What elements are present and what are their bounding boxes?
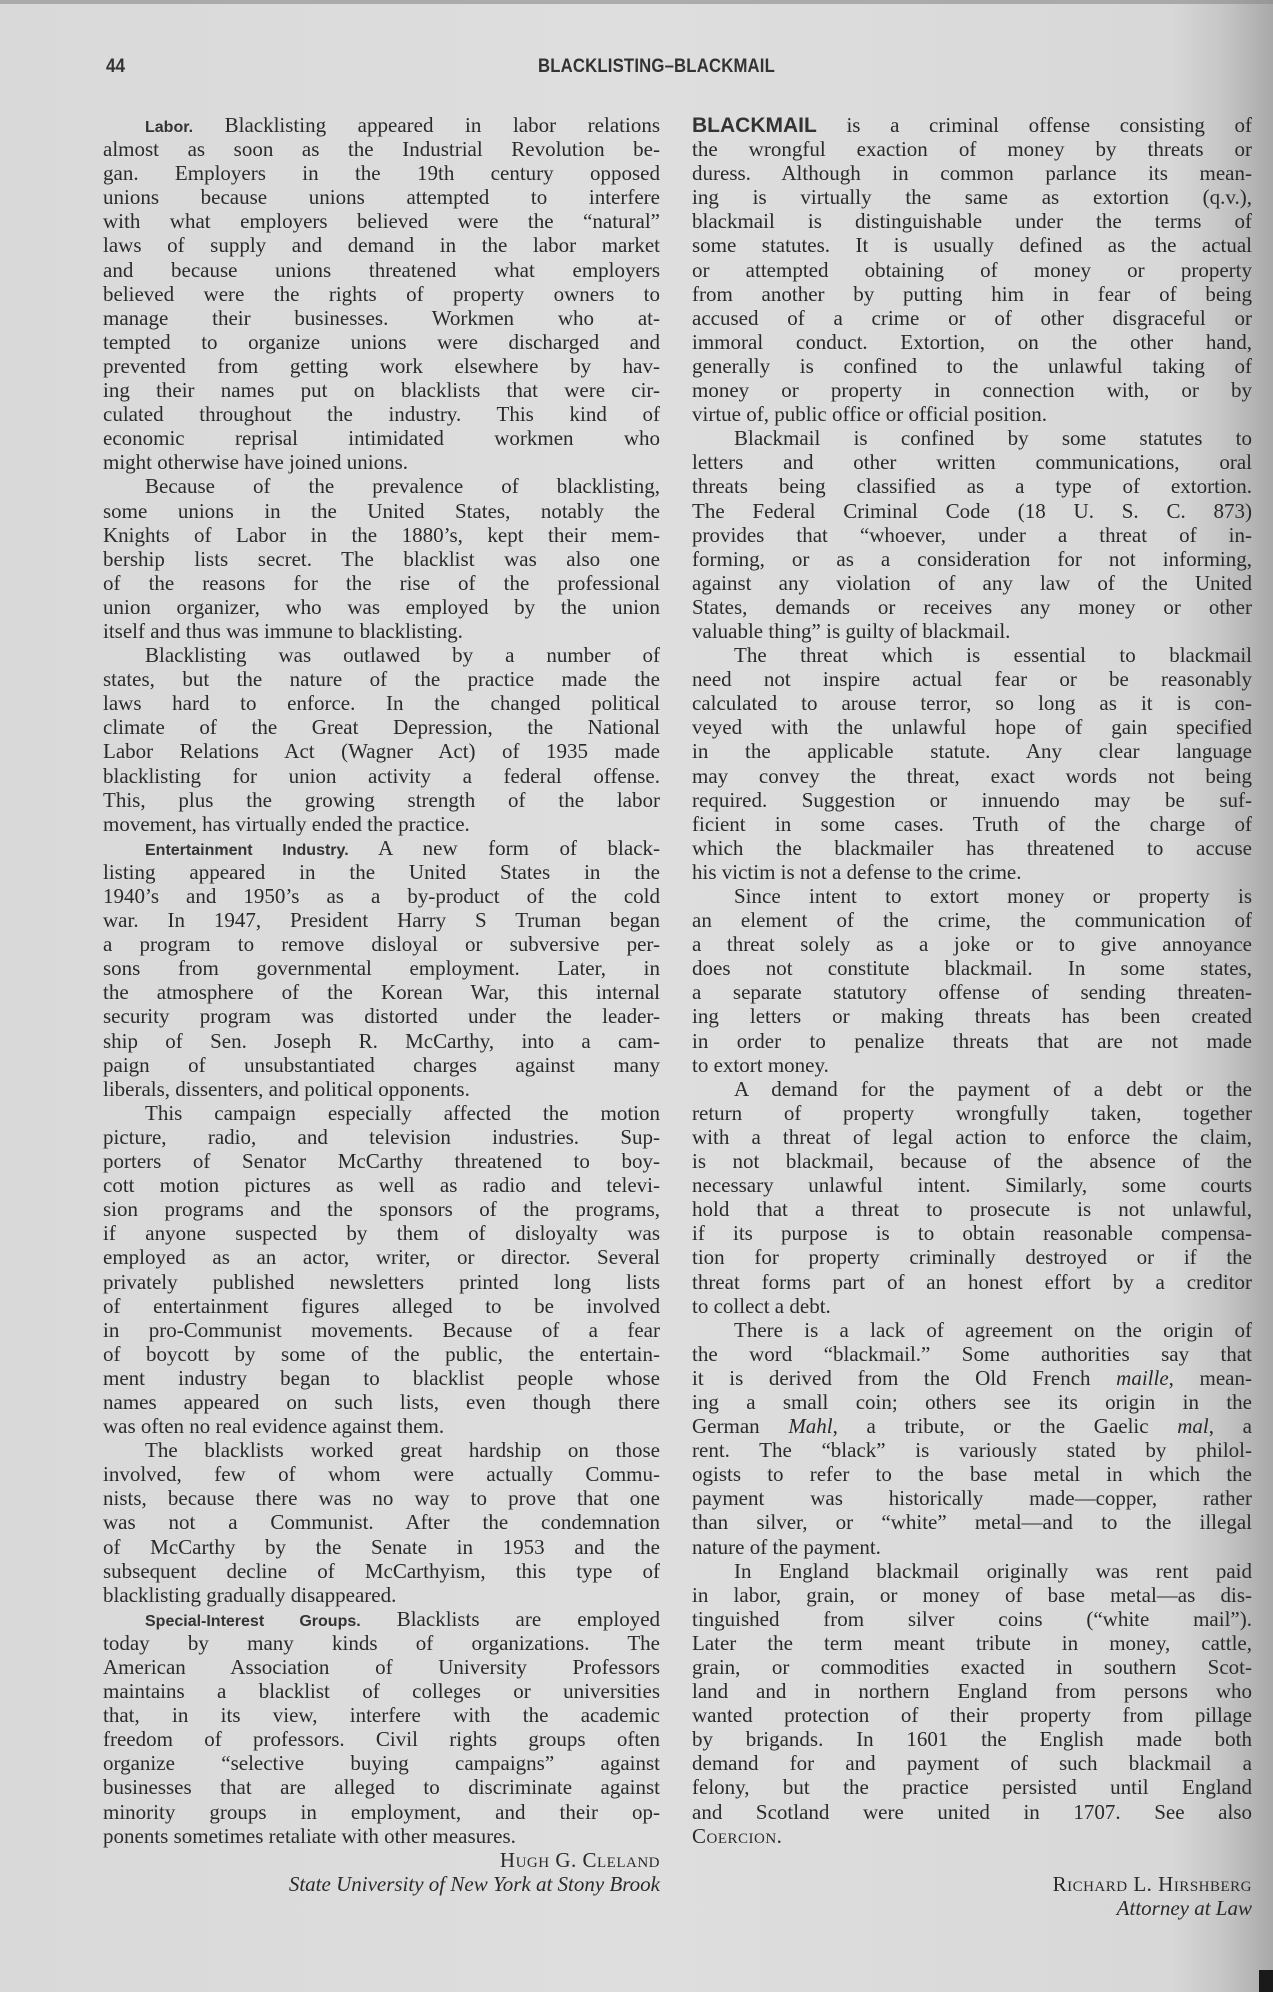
text-line: This campaign especially affected the mo…	[103, 1101, 660, 1125]
text-line: in the applicable statute. Any clear lan…	[692, 739, 1252, 763]
text-line: demand for and payment of such blackmail…	[692, 1751, 1252, 1775]
text-line: Special-Interest Groups. Blacklists are …	[103, 1607, 660, 1631]
text-line: sons from governmental employment. Later…	[103, 956, 660, 980]
text-line: immoral conduct. Extortion, on the other…	[692, 330, 1252, 354]
text-line: required. Suggestion or innuendo may be …	[692, 788, 1252, 812]
text-line: prevented from getting work elsewhere by…	[103, 354, 660, 378]
text-line: return of property wrongfully taken, tog…	[692, 1101, 1252, 1125]
text-line: felony, but the practice persisted until…	[692, 1775, 1252, 1799]
text-line: land and in northern England from person…	[692, 1679, 1252, 1703]
text-line: some statutes. It is usually defined as …	[692, 233, 1252, 257]
text-line: ing is virtually the same as extortion (…	[692, 185, 1252, 209]
text-line: by brigands. In 1601 the English made bo…	[692, 1727, 1252, 1751]
text-line: liberals, dissenters, and political oppo…	[103, 1077, 660, 1101]
text-line: ficient in some cases. Truth of the char…	[692, 812, 1252, 836]
text-line: The blacklists worked great hardship on …	[103, 1438, 660, 1462]
text-line: porters of Senator McCarthy threatened t…	[103, 1149, 660, 1173]
text-line: money or property in connection with, or…	[692, 378, 1252, 402]
text-line: BLACKMAIL is a criminal offense consisti…	[692, 113, 1252, 137]
text-line: blacklisting gradually disappeared.	[103, 1583, 660, 1607]
text-line: names appeared on such lists, even thoug…	[103, 1390, 660, 1414]
text-line: laws hard to enforce. In the changed pol…	[103, 691, 660, 715]
text-line: virtue of, public office or official pos…	[692, 402, 1252, 426]
text-line: generally is confined to the unlawful ta…	[692, 354, 1252, 378]
text-line: gan. Employers in the 19th century oppos…	[103, 161, 660, 185]
text-line: ing a small coin; others see its origin …	[692, 1390, 1252, 1414]
text-line: The Federal Criminal Code (18 U. S. C. 8…	[692, 499, 1252, 523]
text-line: In England blackmail originally was rent…	[692, 1559, 1252, 1583]
text-line: veyed with the unlawful hope of gain spe…	[692, 715, 1252, 739]
text-line: and because unions threatened what emplo…	[103, 258, 660, 282]
text-line: of entertainment figures alleged to be i…	[103, 1294, 660, 1318]
text-line: of the reasons for the rise of the profe…	[103, 571, 660, 595]
author-affiliation: State University of New York at Stony Br…	[103, 1872, 660, 1896]
text-line: economic reprisal intimidated workmen wh…	[103, 426, 660, 450]
scan-corner-artifact	[1259, 1970, 1273, 1992]
text-line: from another by putting him in fear of b…	[692, 282, 1252, 306]
author-name: Richard L. Hirshberg	[692, 1872, 1252, 1896]
text-line: rent. The “black” is variously stated by…	[692, 1438, 1252, 1462]
text-line: ponents sometimes retaliate with other m…	[103, 1824, 660, 1848]
text-line: hold that a threat to prosecute is not u…	[692, 1197, 1252, 1221]
text-line: which the blackmailer has threatened to …	[692, 836, 1252, 860]
text-line: calculated to arouse terror, so long as …	[692, 691, 1252, 715]
text-line: with what employers believed were the “n…	[103, 209, 660, 233]
text-line: privately published newsletters printed …	[103, 1270, 660, 1294]
text-line: his victim is not a defense to the crime…	[692, 860, 1252, 884]
page-top-edge	[0, 0, 1273, 4]
text-line: is not blackmail, because of the absence…	[692, 1149, 1252, 1173]
text-line: Knights of Labor in the 1880’s, kept the…	[103, 523, 660, 547]
text-line: in pro-Communist movements. Because of a…	[103, 1318, 660, 1342]
text-line: itself and thus was immune to blacklisti…	[103, 619, 660, 643]
text-line: against any violation of any law of the …	[692, 571, 1252, 595]
text-line: believed were the rights of property own…	[103, 282, 660, 306]
text-line: minority groups in employment, and their…	[103, 1800, 660, 1824]
text-line: some unions in the United States, notabl…	[103, 499, 660, 523]
text-line: employed as an actor, writer, or directo…	[103, 1245, 660, 1269]
text-line: This, plus the growing strength of the l…	[103, 788, 660, 812]
text-line: Coercion.	[692, 1824, 1252, 1848]
text-line: duress. Although in common parlance its …	[692, 161, 1252, 185]
text-line: paign of unsubstantiated charges against…	[103, 1053, 660, 1077]
text-line: ship of Sen. Joseph R. McCarthy, into a …	[103, 1029, 660, 1053]
text-line: and Scotland were united in 1707. See al…	[692, 1800, 1252, 1824]
text-line: blacklisting for union activity a federa…	[103, 764, 660, 788]
text-line: the atmosphere of the Korean War, this i…	[103, 980, 660, 1004]
text-line: today by many kinds of organizations. Th…	[103, 1631, 660, 1655]
text-line: tion for property criminally destroyed o…	[692, 1245, 1252, 1269]
run-in-heading-special-interest: Special-Interest Groups.	[145, 1613, 361, 1630]
text-line: a separate statutory offense of sending …	[692, 980, 1252, 1004]
text-line: tempted to organize unions were discharg…	[103, 330, 660, 354]
text-line: the word “blackmail.” Some authorities s…	[692, 1342, 1252, 1366]
text-line: of boycott by some of the public, the en…	[103, 1342, 660, 1366]
cross-reference-link[interactable]: Coercion	[692, 1824, 777, 1848]
text-line: letters and other written communications…	[692, 450, 1252, 474]
text-line: was not a Communist. After the condemnat…	[103, 1510, 660, 1534]
text-line: States, demands or receives any money or…	[692, 595, 1252, 619]
text-line: in order to penalize threats that are no…	[692, 1029, 1252, 1053]
text-line: wanted protection of their property from…	[692, 1703, 1252, 1727]
text-line: if its purpose is to obtain reasonable c…	[692, 1221, 1252, 1245]
text-line: movement, has virtually ended the practi…	[103, 812, 660, 836]
text-line: blackmail is distinguishable under the t…	[692, 209, 1252, 233]
text-line: was often no real evidence against them.	[103, 1414, 660, 1438]
text-line: bership lists secret. The blacklist was …	[103, 547, 660, 571]
text-line: Blackmail is confined by some statutes t…	[692, 426, 1252, 450]
text-line: provides that “whoever, under a threat o…	[692, 523, 1252, 547]
text-line: ogists to refer to the base metal in whi…	[692, 1462, 1252, 1486]
run-in-heading-labor: Labor.	[145, 119, 193, 136]
text-line: in labor, grain, or money of base metal—…	[692, 1583, 1252, 1607]
text-line: may convey the threat, exact words not b…	[692, 764, 1252, 788]
text-line: maintains a blacklist of colleges or uni…	[103, 1679, 660, 1703]
text-line: an element of the crime, the communicati…	[692, 908, 1252, 932]
text-line: grain, or commodities exacted in souther…	[692, 1655, 1252, 1679]
entry-headword: BLACKMAIL	[692, 114, 817, 137]
text-line: might otherwise have joined unions.	[103, 450, 660, 474]
scanned-page: 44 BLACKLISTING–BLACKMAIL Labor. Blackli…	[0, 0, 1273, 1992]
author-name: Hugh G. Cleland	[103, 1848, 660, 1872]
text-line: necessary unlawful intent. Similarly, so…	[692, 1173, 1252, 1197]
text-line: union organizer, who was employed by the…	[103, 595, 660, 619]
text-line: than silver, or “white” metal—and to the…	[692, 1510, 1252, 1534]
text-line: Labor Relations Act (Wagner Act) of 1935…	[103, 739, 660, 763]
text-line: Since intent to extort money or property…	[692, 884, 1252, 908]
text-line: picture, radio, and television industrie…	[103, 1125, 660, 1149]
text-line: with a threat of legal action to enforce…	[692, 1125, 1252, 1149]
foreign-term: Mahl	[788, 1414, 832, 1438]
text-line: if anyone suspected by them of disloyalt…	[103, 1221, 660, 1245]
section-labor: Labor. Blacklisting appeared in labor re…	[103, 113, 660, 836]
text-line: 1940’s and 1950’s as a by-product of the…	[103, 884, 660, 908]
page-number: 44	[106, 56, 125, 78]
text-line: Because of the prevalence of blacklistin…	[103, 474, 660, 498]
text-line: Entertainment Industry. A new form of bl…	[103, 836, 660, 860]
text-line: to collect a debt.	[692, 1294, 1252, 1318]
run-in-heading-entertainment: Entertainment Industry.	[145, 842, 349, 859]
text-line: does not constitute blackmail. In some s…	[692, 956, 1252, 980]
section-entertainment-industry: Entertainment Industry. A new form of bl…	[103, 836, 660, 1607]
spacer	[692, 1848, 1252, 1872]
text-line: ment industry began to blacklist people …	[103, 1366, 660, 1390]
text-line: a threat solely as a joke or to give ann…	[692, 932, 1252, 956]
right-column: BLACKMAIL is a criminal offense consisti…	[692, 113, 1252, 1920]
text-line: cott motion pictures as well as radio an…	[103, 1173, 660, 1197]
text-line: to extort money.	[692, 1053, 1252, 1077]
text-line: threat forms part of an honest effort by…	[692, 1270, 1252, 1294]
section-special-interest-groups: Special-Interest Groups. Blacklists are …	[103, 1607, 660, 1848]
text-line: sion programs and the sponsors of the pr…	[103, 1197, 660, 1221]
text-line: tinguished from silver coins (“white mai…	[692, 1607, 1252, 1631]
text-line: or attempted obtaining of money or prope…	[692, 258, 1252, 282]
text-line: security program was distorted under the…	[103, 1004, 660, 1028]
text-line: a program to remove disloyal or subversi…	[103, 932, 660, 956]
author-affiliation: Attorney at Law	[692, 1896, 1252, 1920]
text-line: valuable thing” is guilty of blackmail.	[692, 619, 1252, 643]
text-line: forming, or as a consideration for not i…	[692, 547, 1252, 571]
text-line: payment was historically made—copper, ra…	[692, 1486, 1252, 1510]
text-line: listing appeared in the United States in…	[103, 860, 660, 884]
text-line: laws of supply and demand in the labor m…	[103, 233, 660, 257]
text-line: it is derived from the Old French maille…	[692, 1366, 1252, 1390]
text-line: almost as soon as the Industrial Revolut…	[103, 137, 660, 161]
text-line: nists, because there was no way to prove…	[103, 1486, 660, 1510]
left-column: Labor. Blacklisting appeared in labor re…	[103, 113, 660, 1896]
text-line: There is a lack of agreement on the orig…	[692, 1318, 1252, 1342]
text-line: The threat which is essential to blackma…	[692, 643, 1252, 667]
text-line: American Association of University Profe…	[103, 1655, 660, 1679]
text-line: war. In 1947, President Harry S Truman b…	[103, 908, 660, 932]
text-line: freedom of professors. Civil rights grou…	[103, 1727, 660, 1751]
text-line: manage their businesses. Workmen who at-	[103, 306, 660, 330]
text-line: ing their names put on blacklists that w…	[103, 378, 660, 402]
text-line: culated throughout the industry. This ki…	[103, 402, 660, 426]
text-line: Later the term meant tribute in money, c…	[692, 1631, 1252, 1655]
text-line: involved, few of whom were actually Comm…	[103, 1462, 660, 1486]
text-line: of McCarthy by the Senate in 1953 and th…	[103, 1535, 660, 1559]
text-line: that, in its view, interfere with the ac…	[103, 1703, 660, 1727]
text-line: subsequent decline of McCarthyism, this …	[103, 1559, 660, 1583]
text-line: Blacklisting was outlawed by a number of	[103, 643, 660, 667]
text-line: German Mahl, a tribute, or the Gaelic ma…	[692, 1414, 1252, 1438]
text-line: organize “selective buying campaigns” ag…	[103, 1751, 660, 1775]
text-line: the wrongful exaction of money by threat…	[692, 137, 1252, 161]
text-line: unions because unions attempted to inter…	[103, 185, 660, 209]
foreign-term: maille	[1116, 1366, 1169, 1390]
text-line: accused of a crime or of other disgracef…	[692, 306, 1252, 330]
text-line: threats being classified as a type of ex…	[692, 474, 1252, 498]
text-line: A demand for the payment of a debt or th…	[692, 1077, 1252, 1101]
text-line: Labor. Blacklisting appeared in labor re…	[103, 113, 660, 137]
text-line: states, but the nature of the practice m…	[103, 667, 660, 691]
text-line: need not inspire actual fear or be reaso…	[692, 667, 1252, 691]
text-line: nature of the payment.	[692, 1535, 1252, 1559]
text-line: climate of the Great Depression, the Nat…	[103, 715, 660, 739]
foreign-term: mal	[1177, 1414, 1209, 1438]
text-line: ing letters or making threats has been c…	[692, 1004, 1252, 1028]
running-title: BLACKLISTING–BLACKMAIL	[538, 56, 775, 78]
text-line: businesses that are alleged to discrimin…	[103, 1775, 660, 1799]
